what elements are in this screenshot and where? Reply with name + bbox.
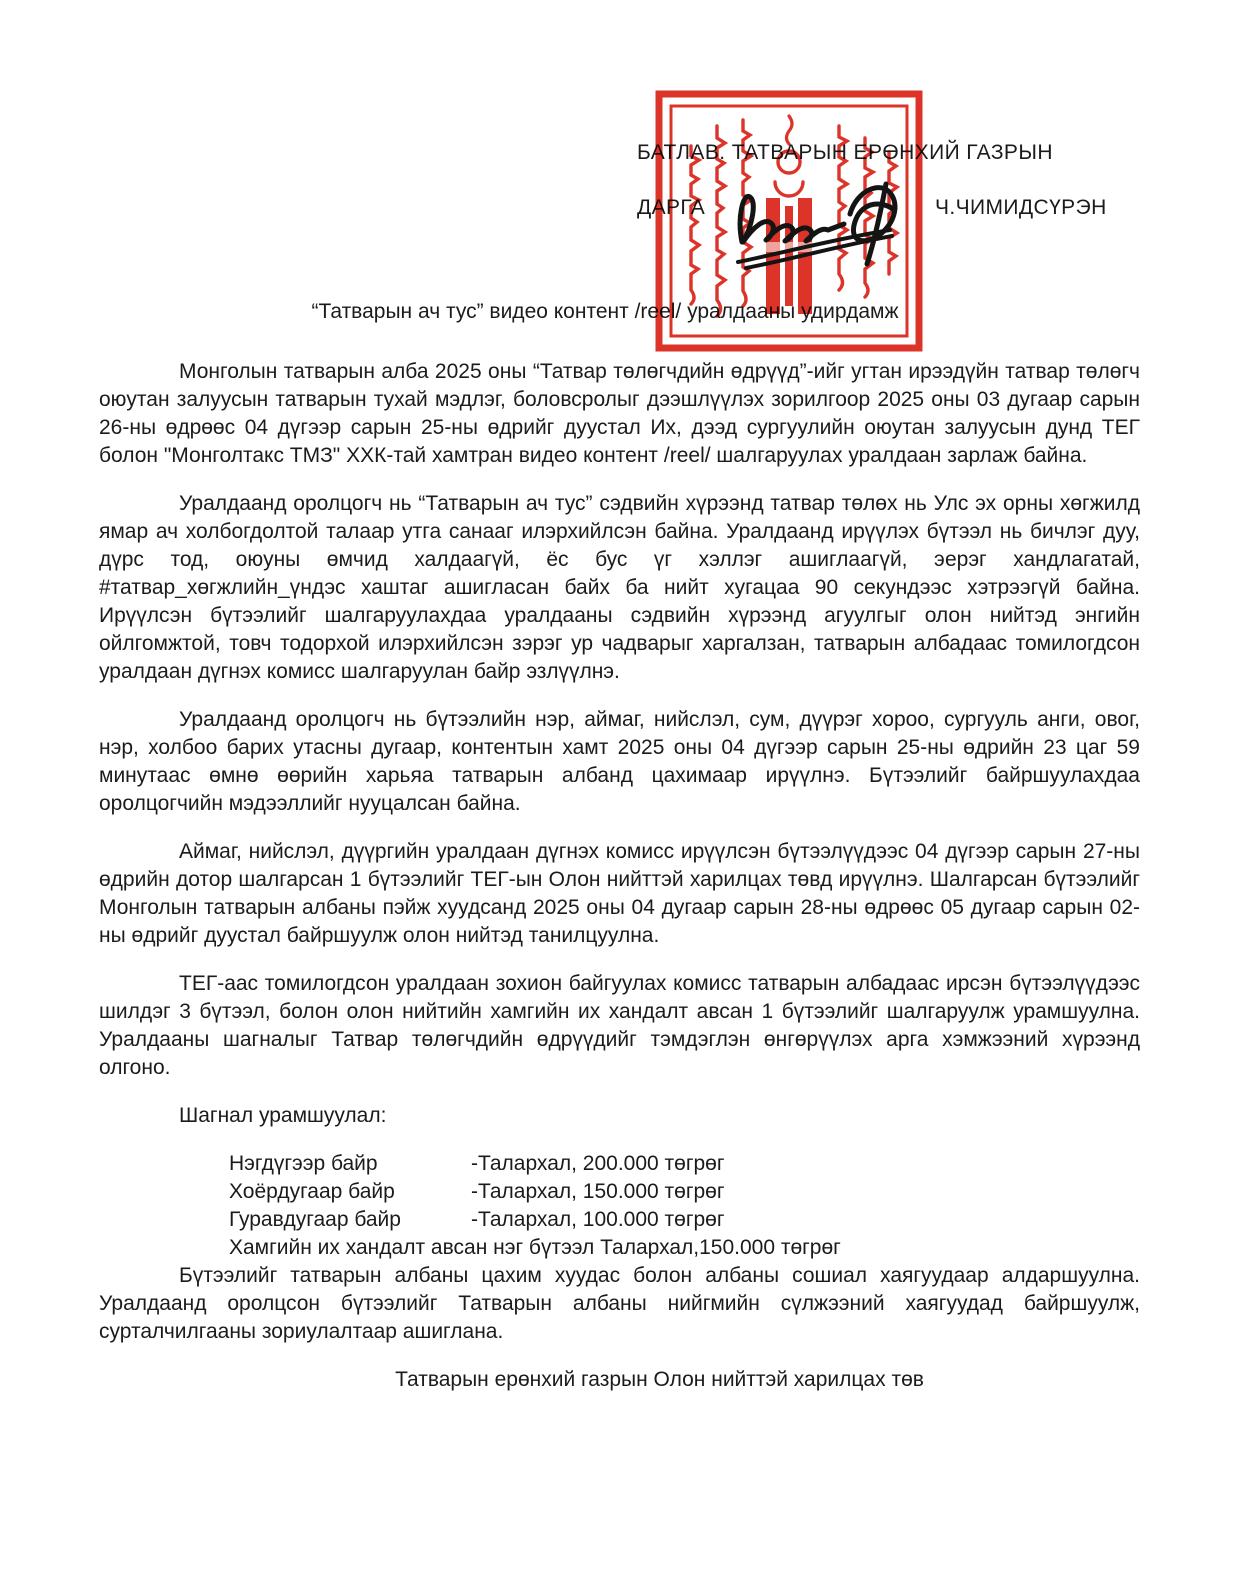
document-body: Монголын татварын алба 2025 оны “Татвар … bbox=[99, 358, 1140, 1414]
director-signature bbox=[726, 172, 926, 282]
award-place: Гуравдугаар байр bbox=[229, 1206, 471, 1234]
footer-department-note: Татварын ерөнхий газрын Олон нийттэй хар… bbox=[99, 1366, 1140, 1394]
award-row-first: Нэгдүгээр байр -Талархал, 200.000 төгрөг bbox=[99, 1150, 1140, 1178]
award-amount: -Талархал, 100.000 төгрөг bbox=[471, 1206, 1140, 1234]
award-amount: -Талархал, 150.000 төгрөг bbox=[471, 1178, 1140, 1206]
awards-heading: Шагнал урамшуулал: bbox=[99, 1102, 1140, 1130]
paragraph-intro: Монголын татварын алба 2025 оны “Татвар … bbox=[99, 358, 1140, 470]
paragraph-submission: Уралдаанд оролцогч нь бүтээлийн нэр, айм… bbox=[99, 706, 1140, 818]
paragraph-selection: Аймаг, нийслэл, дүүргийн уралдаан дүгнэх… bbox=[99, 838, 1140, 950]
paragraph-closing: Бүтээлийг татварын албаны цахим хуудас б… bbox=[99, 1262, 1140, 1346]
paragraph-rules: Уралдаанд оролцогч нь “Татварын ач тус” … bbox=[99, 490, 1140, 686]
award-amount: -Талархал, 200.000 төгрөг bbox=[471, 1150, 1140, 1178]
award-place: Нэгдүгээр байр bbox=[229, 1150, 471, 1178]
award-place: Хоёрдугаар байр bbox=[229, 1178, 471, 1206]
award-row-third: Гуравдугаар байр -Талархал, 100.000 төгр… bbox=[99, 1206, 1140, 1234]
award-special-mention: Хамгийн их хандалт авсан нэг бүтээл Тала… bbox=[99, 1234, 1140, 1262]
approval-director-name: Ч.ЧИМИДСҮРЭН bbox=[935, 196, 1107, 220]
document-page: БАТЛАВ. ТАТВАРЫН ЕРӨНХИЙ ГАЗРЫН ДАРГА Ч.… bbox=[0, 0, 1237, 1571]
award-row-second: Хоёрдугаар байр -Талархал, 150.000 төгрө… bbox=[99, 1178, 1140, 1206]
document-title: “Татварын ач тус” видео контент /reel/ у… bbox=[0, 300, 1210, 324]
paragraph-committee: ТЕГ-аас томилогдсон уралдаан зохион байг… bbox=[99, 970, 1140, 1082]
